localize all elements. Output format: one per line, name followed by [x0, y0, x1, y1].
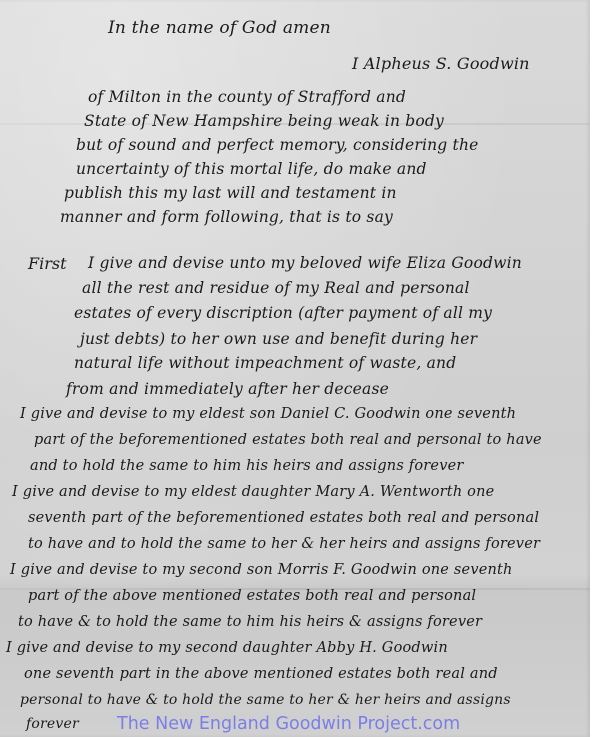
- clause-line: estates of every discription (after paym…: [74, 304, 492, 322]
- clause-line: I give and devise unto my beloved wife E…: [88, 254, 522, 272]
- bequest-line: one seventh part in the above mentioned …: [24, 666, 498, 682]
- preamble-line: of Milton in the county of Strafford and: [88, 88, 406, 106]
- bequest-line: to have and to hold the same to her & he…: [28, 536, 540, 552]
- watermark: The New England Goodwin Project.com: [117, 714, 460, 734]
- clause-line: from and immediately after her decease: [66, 380, 389, 398]
- testator-name: I Alpheus S. Goodwin: [352, 54, 530, 73]
- bequest-line: forever: [26, 716, 79, 732]
- bequest-line: I give and devise to my second son Morri…: [10, 562, 513, 578]
- preamble-line: publish this my last will and testament …: [64, 184, 397, 202]
- clause-line: just debts) to her own use and benefit d…: [80, 330, 477, 348]
- bequest-line: part of the beforementioned estates both…: [34, 432, 542, 448]
- bequest-line: I give and devise to my eldest daughter …: [12, 484, 494, 500]
- will-heading: In the name of God amen: [108, 18, 331, 38]
- preamble-line: but of sound and perfect memory, conside…: [76, 136, 479, 154]
- clause-line: all the rest and residue of my Real and …: [82, 279, 470, 297]
- bequest-line: I give and devise to my second daughter …: [6, 640, 448, 656]
- preamble-line: uncertainty of this mortal life, do make…: [76, 160, 427, 178]
- manuscript-page: In the name of God amen I Alpheus S. Goo…: [0, 0, 590, 737]
- bequest-line: seventh part of the beforementioned esta…: [28, 510, 539, 526]
- clause-line: natural life without impeachment of wast…: [74, 354, 456, 372]
- bequest-line: to have & to hold the same to him his he…: [18, 614, 482, 630]
- preamble-line: manner and form following, that is to sa…: [60, 208, 393, 226]
- bequest-line: part of the above mentioned estates both…: [28, 588, 476, 604]
- bequest-line: personal to have & to hold the same to h…: [20, 692, 511, 708]
- bequest-line: and to hold the same to him his heirs an…: [30, 458, 464, 474]
- bequest-line: I give and devise to my eldest son Danie…: [20, 406, 516, 422]
- preamble-line: State of New Hampshire being weak in bod…: [84, 112, 444, 130]
- first-clause-marker: First: [28, 254, 67, 273]
